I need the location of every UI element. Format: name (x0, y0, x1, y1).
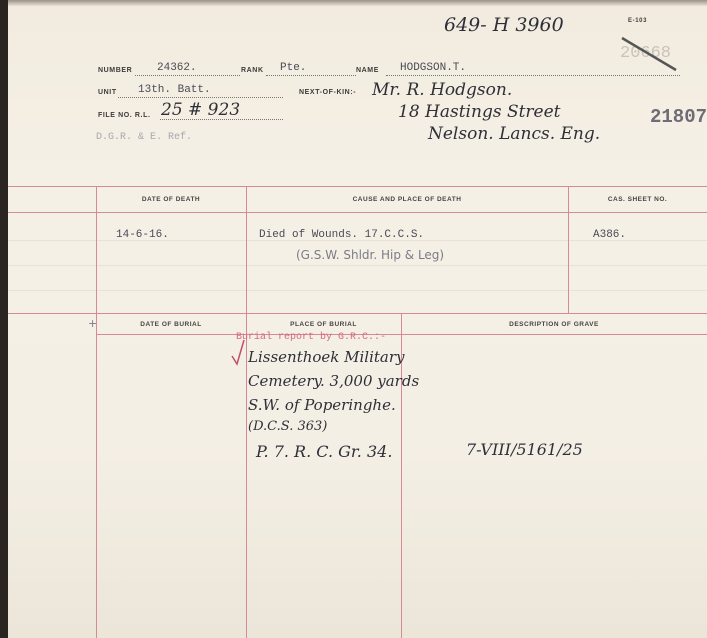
top-edge-shadow (8, 0, 707, 6)
unit-value: 13th. Batt. (138, 84, 211, 96)
rank-dotted-line (266, 75, 356, 76)
header-cas-sheet-no: Cas. Sheet No. (568, 196, 707, 203)
unit-dotted-line (118, 97, 283, 98)
cause-of-death-pencil-note: (G.S.W. Shldr. Hip & Leg) (296, 248, 444, 262)
next-of-kin-address-2: Nelson. Lancs. Eng. (428, 124, 600, 144)
check-mark-icon (230, 338, 246, 368)
place-of-burial-line-4: (D.C.S. 363) (248, 419, 327, 434)
grave-description-value: 7-VIII/5161/25 (466, 440, 583, 459)
table-top-rule (8, 186, 707, 187)
col-divider-1 (96, 186, 97, 638)
place-of-burial-line-1: Lissenthoek Military (248, 348, 405, 366)
header-place-of-burial: Place of Burial (246, 321, 401, 328)
name-label: Name (356, 67, 379, 74)
next-of-kin-name: Mr. R. Hodgson. (372, 80, 512, 100)
name-dotted-line (386, 75, 680, 76)
cause-of-death-value: Died of Wounds. 17.C.C.S. (259, 229, 424, 241)
faint-rule (8, 265, 707, 266)
faint-rule (8, 290, 707, 291)
place-of-burial-line-2: Cemetery. 3,000 yards (248, 372, 419, 390)
header-cause-place-of-death: Cause and Place of Death (246, 196, 568, 203)
number-dotted-line (135, 75, 240, 76)
header-description-of-grave: Description of Grave (401, 321, 707, 328)
burial-report-stamp: Burial report by G.R.C.:- (236, 332, 386, 343)
next-of-kin-address-1: 18 Hastings Street (398, 102, 561, 122)
place-of-burial-line-5: P. 7. R. C. Gr. 34. (256, 442, 392, 461)
col-divider-3 (568, 186, 569, 313)
rank-label: Rank (241, 67, 264, 74)
stamp-number: 21807 (650, 106, 707, 128)
file-no-label: File No. R.L. (98, 112, 151, 119)
number-label: Number (98, 67, 132, 74)
death-header-rule (8, 212, 707, 213)
name-value: HODGSON.T. (400, 62, 466, 74)
burial-top-rule (8, 313, 707, 314)
date-of-death-value: 14-6-16. (116, 229, 169, 241)
next-of-kin-label: Next-of-Kin:- (299, 89, 356, 96)
rank-value: Pte. (280, 62, 306, 74)
header-date-of-death: Date of Death (96, 196, 246, 203)
unit-label: Unit (98, 89, 117, 96)
place-of-burial-line-3: S.W. of Poperinghe. (248, 396, 396, 414)
form-code: E-103 (628, 18, 647, 24)
casualty-card: 649- H 3960 E-103 20668 21807 Number 243… (8, 0, 707, 638)
dgre-ref-label: D.G.R. & E. Ref. (96, 132, 192, 143)
number-value: 24362. (157, 62, 197, 74)
cas-sheet-no-value: A386. (593, 229, 626, 241)
col-divider-2 (246, 186, 247, 638)
header-annotation: 649- H 3960 (444, 14, 564, 36)
header-date-of-burial: Date of Burial (96, 321, 246, 328)
file-no-value: 25 # 923 (161, 100, 240, 120)
strike-through-mark (620, 36, 680, 72)
